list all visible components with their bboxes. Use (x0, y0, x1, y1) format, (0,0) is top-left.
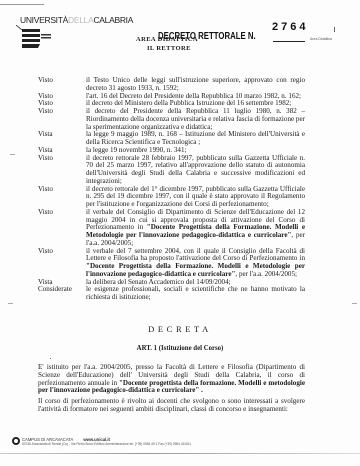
scan-mark (10, 154, 15, 155)
rettore-heading: IL RETTORE (147, 45, 191, 52)
logo-word-universita: UNIVERSITÀ (20, 15, 68, 25)
university-logo-icon (16, 25, 64, 51)
premise-label: Vista (0, 131, 86, 147)
footer-address: 87036 Arcavacata di Rende (Cs) - Via Pie… (22, 442, 191, 446)
scan-artifact-line (0, 4, 44, 5)
premise-row: Vistoil decreto del Presidente della Rep… (0, 108, 360, 131)
decree-underline (273, 41, 305, 42)
scan-mark (334, 27, 335, 32)
premise-text: il verbale del 7 settembre 2004, con il … (86, 248, 305, 279)
premise-text: il decreto del Presidente della Repubbli… (86, 108, 305, 131)
premise-row: Vistoil Testo Unico delle leggi sull'ist… (0, 77, 360, 93)
university-logo-text: UNIVERSITÀDELLACALABRIA (20, 15, 133, 25)
article-paragraph-2: Il corso di perfezionamento è rivolto ai… (38, 398, 305, 414)
footer-divider (0, 453, 360, 454)
premise-text: le esigenze professionali, sociali e sci… (86, 286, 305, 302)
scan-mark (50, 358, 51, 359)
decreta-heading: DECRETA (0, 324, 360, 334)
premise-text-part: , per l'a.a. 2004/2005; (235, 270, 297, 278)
premise-label: Considerate (0, 286, 86, 302)
premise-row: Consideratele esigenze professionali, so… (0, 286, 360, 302)
premise-text: il decreto rettorale del 1° dicembre 199… (86, 186, 305, 209)
premise-text: il verbale del Consiglio di Dipartimento… (86, 209, 305, 248)
logo-word-calabria: CALABRIA (93, 15, 133, 25)
premise-text: la legge 9 maggio 1989, n. 168 – Istituz… (86, 131, 305, 147)
premise-label: Visto (0, 108, 86, 131)
article-title: ART. 1 (Istituzione del Corso) (0, 345, 360, 352)
premise-row: Vistoil decreto rettorale 28 febbraio 19… (0, 155, 360, 186)
article-paragraph-1: E' istituito per l'a.a. 2004/2005, press… (38, 364, 305, 395)
logo-word-della: DELLA (68, 15, 93, 25)
premise-row: Vistala legge 9 maggio 1989, n. 168 – Is… (0, 131, 360, 147)
area-didattica-small: Area Didattica (310, 37, 332, 41)
premise-text: il Testo Unico delle leggi sull'istruzio… (86, 77, 305, 93)
premise-label: Visto (0, 209, 86, 248)
scan-mark (352, 303, 357, 304)
premise-row: Vistoil verbale del 7 settembre 2004, co… (0, 248, 360, 279)
premise-label: Visto (0, 186, 86, 209)
premise-row: Vistoil verbale del Consiglio di Diparti… (0, 209, 360, 248)
scan-mark (8, 303, 13, 304)
premise-label: Visto (0, 77, 86, 93)
premise-row: Vistoil decreto rettorale del 1° dicembr… (0, 186, 360, 209)
premises-list: Vistoil Testo Unico delle leggi sull'ist… (0, 77, 360, 302)
premise-text: il decreto rettorale 28 febbraio 1997, p… (86, 155, 305, 186)
premise-label: Visto (0, 155, 86, 186)
decree-number: 2764 (272, 21, 308, 33)
campus-logo-icon (12, 437, 20, 445)
premise-label: Visto (0, 248, 86, 279)
area-heading: AREA DIDATTICA (136, 36, 198, 43)
premise-text-part: il verbale del 7 settembre 2004, con il … (86, 247, 305, 263)
